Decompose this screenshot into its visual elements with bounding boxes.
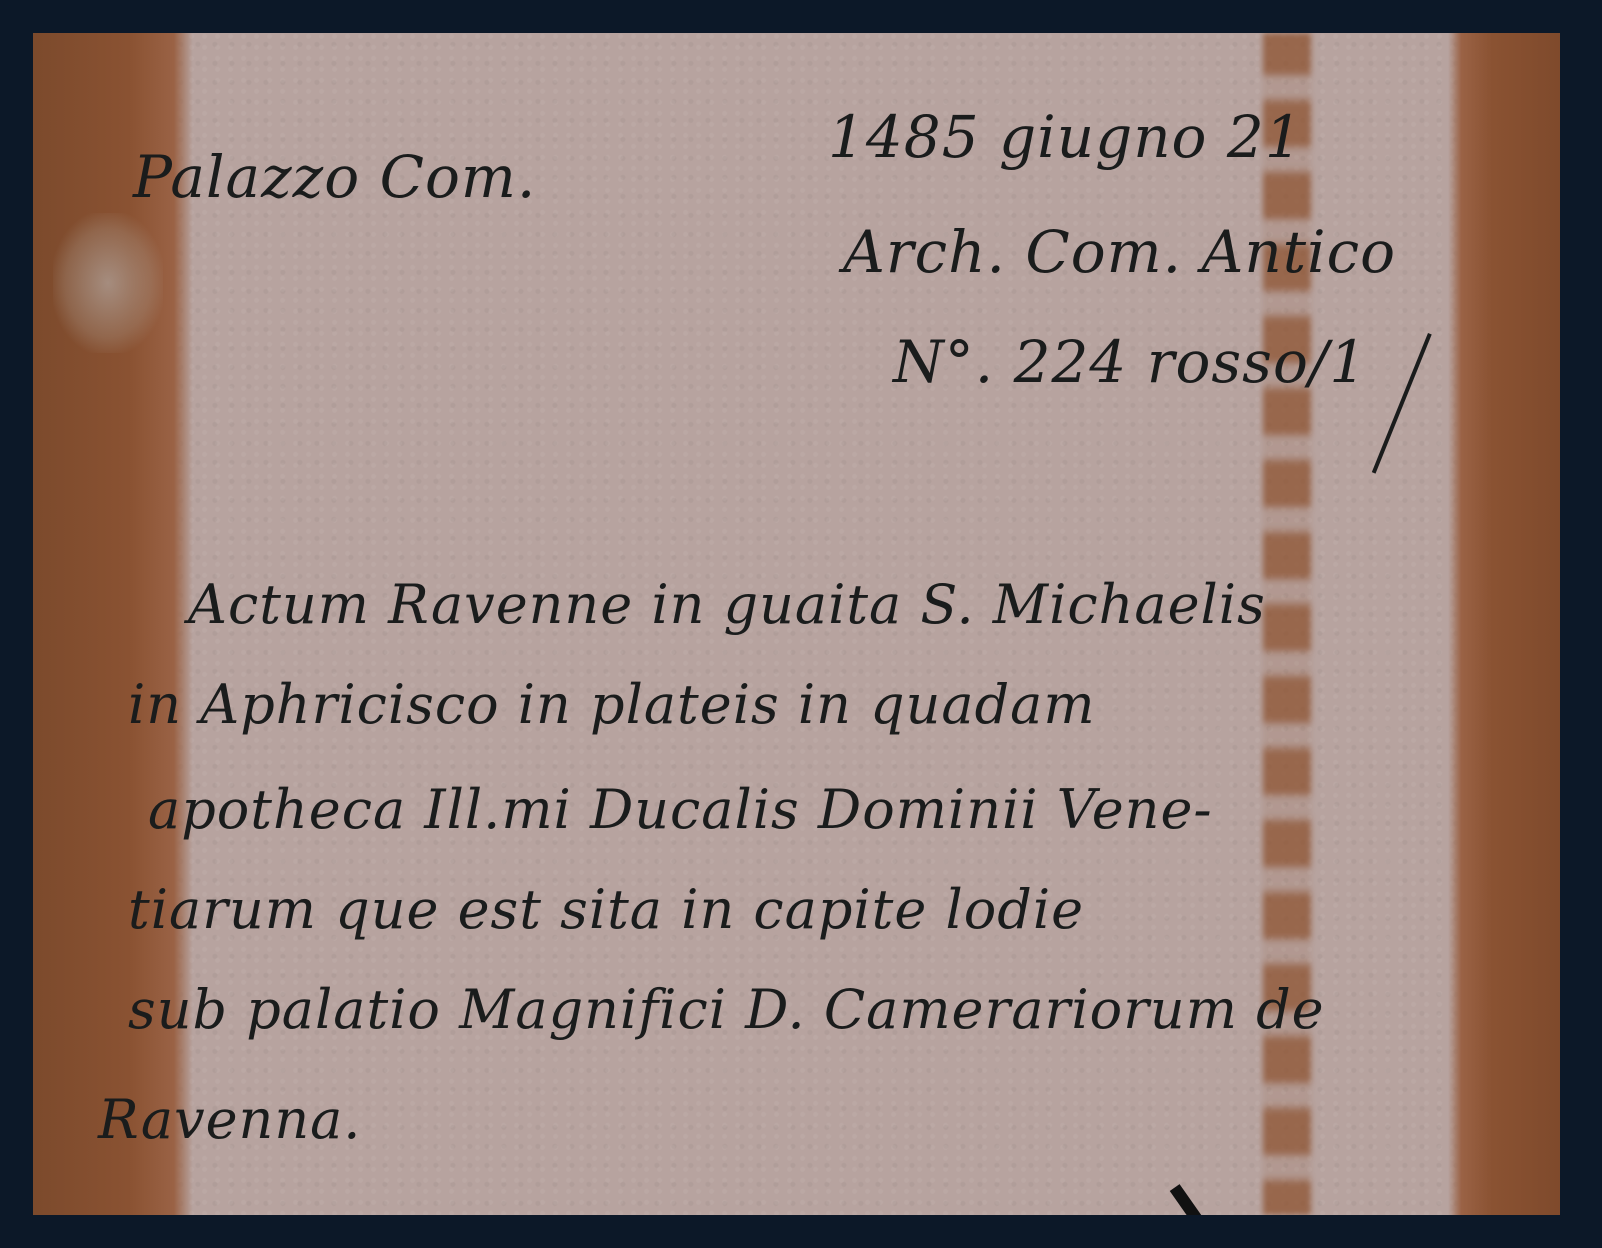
body-line-4: tiarum que est sita in capite lodie [128,878,1084,941]
mold-spot [53,213,163,353]
location-heading: Palazzo Com. [133,143,536,211]
body-line-6: Ravenna. [98,1088,361,1151]
right-water-stain [1448,33,1560,1215]
ink-stroke-mark [1170,1184,1209,1215]
archival-card: Palazzo Com. 1485 giugno 21 Arch. Com. A… [33,33,1560,1215]
archive-heading: Arch. Com. Antico [843,218,1396,286]
reference-slash-mark [1372,333,1432,474]
body-line-5: sub palatio Magnifici D. Camerariorum de [128,978,1325,1041]
body-line-3: apotheca Ill.mi Ducalis Dominii Vene- [148,778,1213,841]
body-line-2: in Aphricisco in plateis in quadam [128,673,1096,736]
body-line-1: Actum Ravenne in guaita S. Michaelis [188,573,1266,636]
date-heading: 1485 giugno 21 [828,103,1303,171]
reference-number: N°. 224 rosso/1 [893,328,1367,396]
